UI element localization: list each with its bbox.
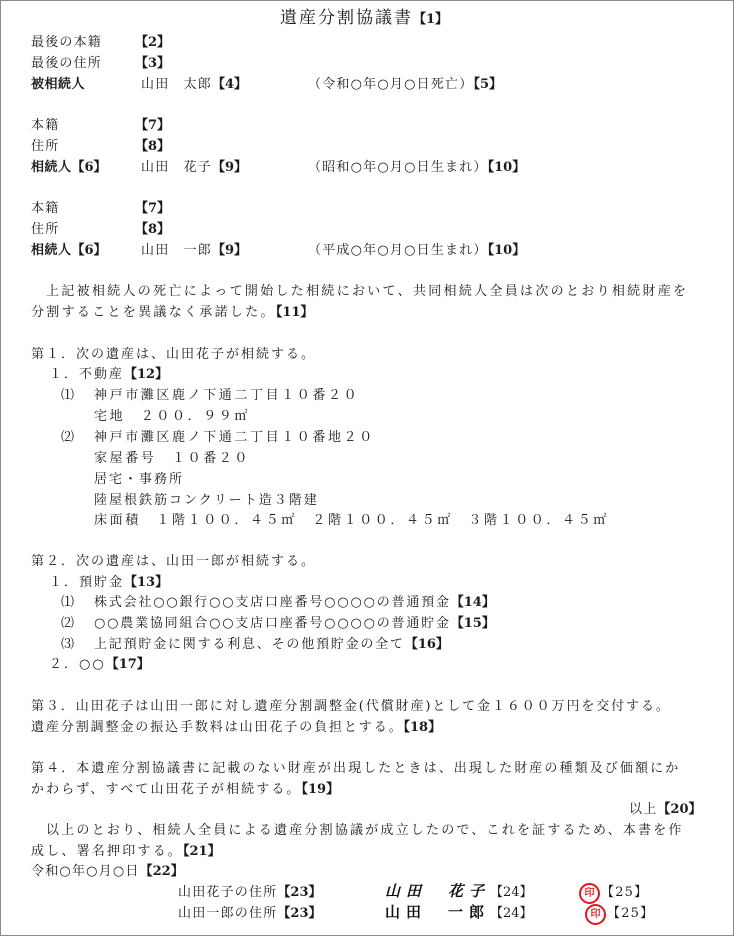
name-text: 山田 太郎 (141, 77, 212, 92)
handwritten-signature: 山田 一郎 (385, 903, 490, 921)
preamble-line-2: 分割することを異議なく承諾した。【11】 (31, 305, 313, 321)
role-text: 相続人 (31, 160, 72, 175)
role-text: 相続人 (31, 243, 72, 258)
article2-item1: １．預貯金【13】 (49, 575, 168, 591)
ref-marker: 【11】 (276, 305, 314, 320)
article4-line-2: かわらず、すべて山田花子が相続する。【19】 (31, 782, 339, 798)
ref-marker: 【7】 (135, 201, 170, 217)
ref-marker: 【9】 (212, 160, 247, 175)
article2-sub2: ○○農業協同組合○○支店口座番号○○○○の普通貯金【15】 (94, 616, 495, 632)
date-text: （昭和○年○月○日生まれ） (308, 160, 488, 175)
article1-sub1-num: ⑴ (61, 388, 75, 404)
heir2-name: 山田 一郎【9】 (141, 243, 247, 259)
ref-marker: 【12】 (124, 367, 168, 382)
heir2-domicile-label: 本籍 (31, 201, 59, 217)
ref-marker: 【3】 (135, 56, 170, 72)
date-text: （平成○年○月○日生まれ） (308, 243, 488, 258)
ref-marker: 【24】 (490, 885, 533, 900)
sub-text: 株式会社○○銀行○○支店口座番号○○○○の普通預金 (94, 595, 451, 610)
signature2-address: 山田一郎の住所【23】 (178, 906, 322, 922)
ref-marker: 【2】 (135, 35, 170, 51)
seal-stamp-icon: 印 (585, 904, 606, 925)
article2-item2: ２．○○【17】 (49, 657, 150, 673)
heir2-address-label: 住所 (31, 222, 59, 238)
signature2: 山田 一郎【24】 (385, 904, 533, 922)
ref-marker: 【17】 (106, 657, 150, 672)
article2-heading: 第２．次の遺産は、山田一郎が相続する。 (31, 554, 316, 570)
article2-sub2-num: ⑵ (61, 616, 75, 632)
decedent-address-label: 最後の住所 (31, 56, 102, 72)
ref-marker: 【8】 (135, 222, 170, 238)
ref-marker: 【10】 (488, 160, 526, 175)
signature1-address: 山田花子の住所【23】 (178, 885, 322, 901)
date-text: （令和○年○月○日死亡） (308, 77, 473, 92)
decedent-death-date: （令和○年○月○日死亡）【5】 (308, 77, 502, 93)
article1-sub2-line2: 家屋番号 １０番２０ (94, 451, 250, 467)
ref-marker: 【7】 (135, 118, 170, 134)
address-text: 山田花子の住所 (178, 885, 277, 900)
end-label: 以上 (629, 802, 657, 817)
ref-marker: 【23】 (277, 885, 321, 900)
ref-marker: 【21】 (183, 844, 221, 859)
article1-sub2-line4: 陸屋根鉄筋コンクリート造３階建 (94, 493, 319, 509)
ref-marker: 【14】 (451, 595, 495, 610)
ref-marker: 【18】 (404, 720, 442, 735)
article1-sub2-num: ⑵ (61, 430, 75, 446)
heir1-address-label: 住所 (31, 139, 59, 155)
heir1-birth-date: （昭和○年○月○日生まれ）【10】 (308, 160, 525, 176)
ref-marker: 【5】 (473, 77, 502, 92)
document-page: 遺産分割協議書【1】 最後の本籍 【2】 最後の住所 【3】 被相続人 山田 太… (0, 0, 734, 936)
article2-sub3-num: ⑶ (61, 637, 75, 653)
ref-marker: 【6】 (72, 160, 107, 175)
closing-text: 成し、署名押印する。 (31, 844, 183, 859)
heir1-name: 山田 花子【9】 (141, 160, 247, 176)
end-marker: 以上【20】 (629, 802, 702, 818)
title-text: 遺産分割協議書 (280, 8, 413, 28)
ref-marker: 【10】 (488, 243, 526, 258)
closing-line-2: 成し、署名押印する。【21】 (31, 844, 221, 860)
seal-stamp-icon: 印 (579, 883, 600, 904)
ref-marker: 【22】 (140, 864, 184, 879)
heir1-domicile-label: 本籍 (31, 118, 59, 134)
decedent-name: 山田 太郎【4】 (141, 77, 247, 93)
closing-date: 令和○年○月○日【22】 (31, 864, 184, 880)
article3-line-1: 第３．山田花子は山田一郎に対し遺産分割調整金(代償財産)として金１６００万円を交… (31, 699, 671, 715)
article3-text: 遺産分割調整金の振込手数料は山田花子の負担とする。 (31, 720, 404, 735)
heir2-role: 相続人【6】 (31, 243, 107, 259)
article1-sub1-line2: 宅地 ２００．９９㎡ (94, 409, 250, 425)
heir2-birth-date: （平成○年○月○日生まれ）【10】 (308, 243, 525, 259)
sub-text: 上記預貯金に関する利息、その他預貯金の全て (94, 637, 405, 652)
article2-sub1: 株式会社○○銀行○○支店口座番号○○○○の普通預金【14】 (94, 595, 495, 611)
address-text: 山田一郎の住所 (178, 906, 277, 921)
ref-marker: 【16】 (405, 637, 449, 652)
ref-marker: 【9】 (212, 243, 247, 258)
item-label: ２．○○ (49, 657, 106, 672)
signature1: 山田 花子【24】 (385, 883, 533, 901)
decedent-role-label: 被相続人 (31, 77, 85, 93)
name-text: 山田 一郎 (141, 243, 212, 258)
ref-marker: 【1】 (413, 12, 448, 27)
sub-text: ○○農業協同組合○○支店口座番号○○○○の普通貯金 (94, 616, 451, 631)
ref-marker: 【23】 (277, 906, 321, 921)
heir1-role: 相続人【6】 (31, 160, 107, 176)
ref-marker: 【8】 (135, 139, 170, 155)
ref-marker: 【20】 (657, 802, 701, 817)
article4-text: かわらず、すべて山田花子が相続する。 (31, 782, 302, 797)
article1-sub2-line3: 居宅・事務所 (94, 472, 184, 488)
article3-line-2: 遺産分割調整金の振込手数料は山田花子の負担とする。【18】 (31, 720, 441, 736)
ref-marker: 【25】 (601, 885, 648, 901)
article1-item1: １．不動産【12】 (49, 367, 168, 383)
article2-sub1-num: ⑴ (61, 595, 75, 611)
ref-marker: 【25】 (607, 906, 654, 922)
ref-marker: 【15】 (451, 616, 495, 631)
page-title: 遺産分割協議書【1】 (280, 10, 448, 28)
ref-marker: 【13】 (124, 575, 168, 590)
date-text: 令和○年○月○日 (31, 864, 140, 879)
article1-sub2-line5: 床面積 １階１００．４５㎡ ２階１００．４５㎡ ３階１００．４５㎡ (94, 513, 609, 529)
closing-line-1: 以上のとおり、相続人全員による遺産分割協議が成立したので、これを証するため、本書… (46, 823, 684, 839)
decedent-domicile-label: 最後の本籍 (31, 35, 102, 51)
item-label: １．不動産 (49, 367, 124, 382)
preamble-text: 分割することを異議なく承諾した。 (31, 305, 276, 320)
preamble-line-1: 上記被相続人の死亡によって開始した相続において、共同相続人全員は次のとおり相続財… (46, 284, 688, 300)
name-text: 山田 花子 (141, 160, 212, 175)
article4-line-1: 第４．本遺産分割協議書に記載のない財産が出現したときは、出現した財産の種類及び価… (31, 761, 680, 777)
article1-heading: 第１．次の遺産は、山田花子が相続する。 (31, 347, 316, 363)
handwritten-signature: 山田 花子 (385, 882, 490, 900)
item-label: １．預貯金 (49, 575, 124, 590)
article1-sub1-line1: 神戸市灘区鹿ノ下通二丁目１０番２０ (94, 388, 359, 404)
ref-marker: 【24】 (490, 906, 533, 921)
ref-marker: 【4】 (212, 77, 247, 92)
ref-marker: 【6】 (72, 243, 107, 258)
article2-sub3: 上記預貯金に関する利息、その他預貯金の全て【16】 (94, 637, 449, 653)
article1-sub2-line1: 神戸市灘区鹿ノ下通二丁目１０番地２０ (94, 430, 375, 446)
ref-marker: 【19】 (302, 782, 340, 797)
